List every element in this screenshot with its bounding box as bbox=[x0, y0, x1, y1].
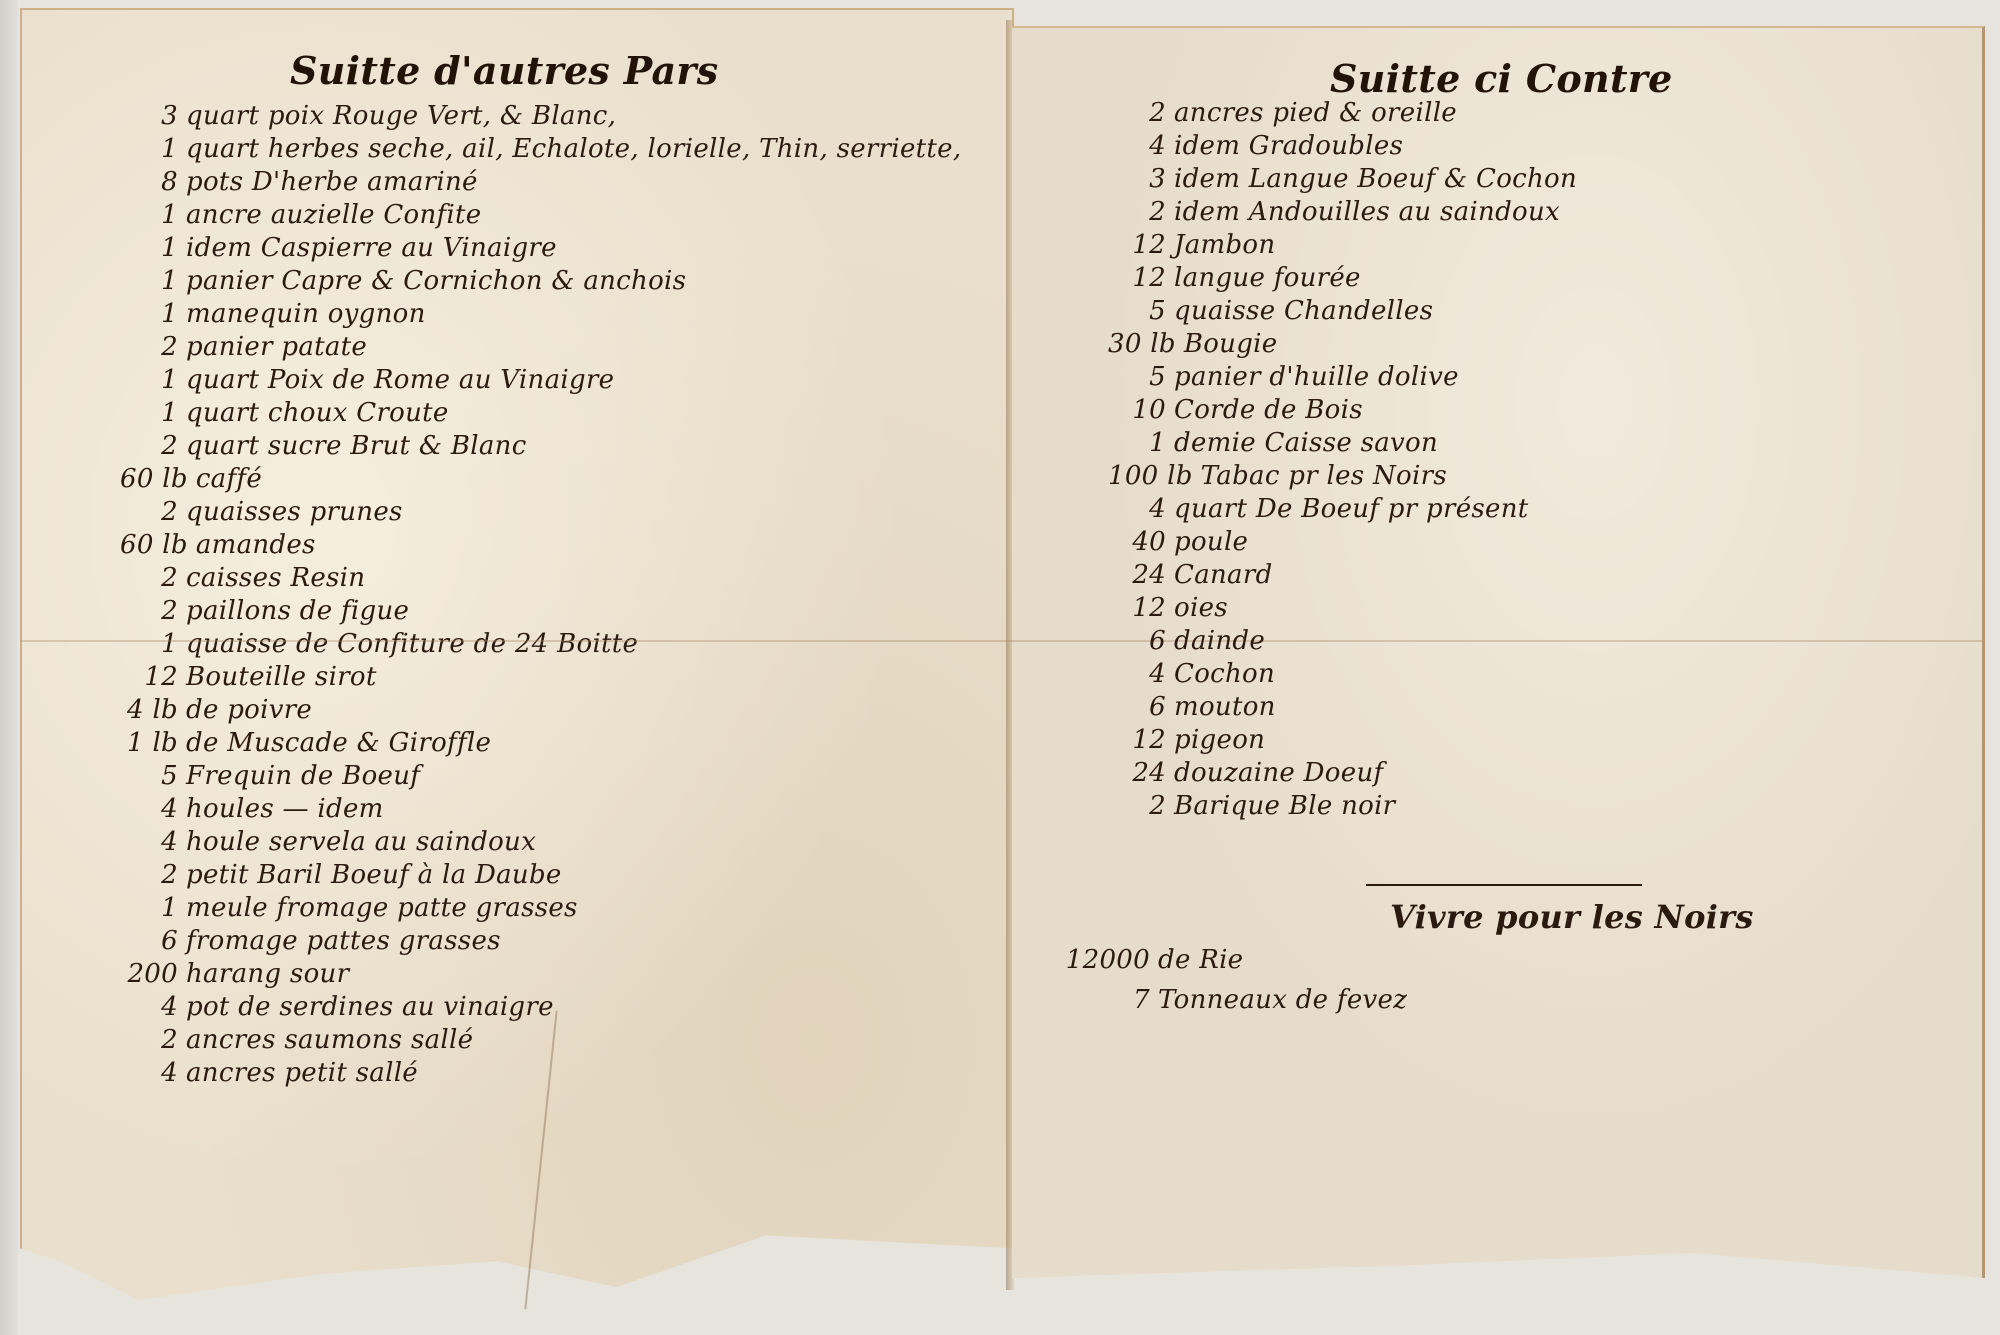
item-quantity: 100 lb bbox=[1108, 460, 1201, 493]
item-text: caisses Resin bbox=[186, 563, 365, 593]
right-page-title: Suitte ci Contre bbox=[1330, 56, 1673, 101]
item-quantity: 5 bbox=[1108, 295, 1174, 328]
item-quantity: 7 bbox=[1050, 980, 1158, 1020]
item-text: mouton bbox=[1174, 692, 1276, 722]
item-text: idem Gradoubles bbox=[1174, 131, 1403, 161]
item-quantity: 12000 bbox=[1050, 940, 1158, 980]
item-quantity: 4 bbox=[120, 1057, 186, 1090]
list-item: 1ancre auzielle Confite bbox=[120, 199, 961, 232]
list-item: 5Frequin de Boeuf bbox=[120, 760, 961, 793]
item-text: ancres pied & oreille bbox=[1174, 98, 1457, 128]
list-item: 1quart choux Croute bbox=[120, 397, 961, 430]
item-text: Barique Ble noir bbox=[1174, 791, 1395, 821]
item-text: de poivre bbox=[186, 695, 312, 725]
item-text: quart De Boeuf pr présent bbox=[1174, 494, 1529, 524]
list-item: 200harang sour bbox=[120, 958, 961, 991]
item-quantity: 3 bbox=[120, 100, 186, 133]
list-item: 1manequin oygnon bbox=[120, 298, 961, 331]
item-text: Bougie bbox=[1184, 329, 1278, 359]
list-item: 1panier Capre & Cornichon & anchois bbox=[120, 265, 961, 298]
item-quantity: 2 bbox=[1108, 790, 1174, 823]
item-quantity: 1 bbox=[120, 628, 186, 661]
item-quantity: 2 bbox=[120, 595, 186, 628]
item-quantity: 4 lb bbox=[120, 694, 186, 727]
item-text: idem Langue Boeuf & Cochon bbox=[1174, 164, 1577, 194]
section-item-list: 12000de Rie 7Tonneaux de fevez bbox=[1050, 940, 1407, 1020]
item-quantity: 2 bbox=[120, 331, 186, 364]
list-item: 40poule bbox=[1108, 526, 1577, 559]
list-item: 12Jambon bbox=[1108, 229, 1577, 262]
list-item: 12langue fourée bbox=[1108, 262, 1577, 295]
list-item: 1meule fromage patte grasses bbox=[120, 892, 961, 925]
list-item: 4ancres petit sallé bbox=[120, 1057, 961, 1090]
list-item: 2Barique Ble noir bbox=[1108, 790, 1577, 823]
item-quantity: 6 bbox=[1108, 625, 1174, 658]
item-text: paillons de figue bbox=[186, 596, 409, 626]
item-quantity: 12 bbox=[120, 661, 186, 694]
list-item: 12pigeon bbox=[1108, 724, 1577, 757]
list-item: 12oies bbox=[1108, 592, 1577, 625]
item-text: fromage pattes grasses bbox=[186, 926, 501, 956]
item-quantity: 4 bbox=[1108, 493, 1174, 526]
item-text: Tabac pr les Noirs bbox=[1201, 461, 1447, 491]
list-item: 2caisses Resin bbox=[120, 562, 961, 595]
item-text: Jambon bbox=[1174, 230, 1275, 260]
item-quantity: 1 bbox=[120, 364, 186, 397]
list-item: 2paillons de figue bbox=[120, 595, 961, 628]
list-item: 6fromage pattes grasses bbox=[120, 925, 961, 958]
list-item: 2petit Baril Boeuf à la Daube bbox=[120, 859, 961, 892]
list-item: 1quaisse de Confiture de 24 Boitte bbox=[120, 628, 961, 661]
item-quantity: 4 bbox=[1108, 130, 1174, 163]
list-item: 2panier patate bbox=[120, 331, 961, 364]
item-text: idem Andouilles au saindoux bbox=[1174, 197, 1560, 227]
item-text: oies bbox=[1174, 593, 1228, 623]
list-item: 7Tonneaux de fevez bbox=[1050, 980, 1407, 1020]
item-quantity: 2 bbox=[120, 859, 186, 892]
item-text: idem Caspierre au Vinaigre bbox=[186, 233, 557, 263]
item-text: pigeon bbox=[1174, 725, 1265, 755]
item-quantity: 2 bbox=[120, 430, 186, 463]
item-text: demie Caisse savon bbox=[1174, 428, 1438, 458]
list-item: 24douzaine Doeuf bbox=[1108, 757, 1577, 790]
item-quantity: 200 bbox=[120, 958, 186, 991]
item-quantity: 1 bbox=[120, 199, 186, 232]
left-page-title: Suitte d'autres Pars bbox=[290, 48, 718, 93]
item-text: pots D'herbe amariné bbox=[186, 167, 478, 197]
item-quantity: 1 bbox=[120, 265, 186, 298]
horizontal-fold bbox=[20, 640, 1982, 642]
list-item: 2ancres saumons sallé bbox=[120, 1024, 961, 1057]
section-heading: Vivre pour les Noirs bbox=[1390, 898, 1754, 936]
item-quantity: 4 bbox=[120, 793, 186, 826]
list-item: 4 lbde poivre bbox=[120, 694, 961, 727]
item-text: panier patate bbox=[186, 332, 367, 362]
list-item: 4Cochon bbox=[1108, 658, 1577, 691]
item-quantity: 1 bbox=[120, 892, 186, 925]
item-quantity: 6 bbox=[1108, 691, 1174, 724]
list-item: 1demie Caisse savon bbox=[1108, 427, 1577, 460]
item-quantity: 5 bbox=[1108, 361, 1174, 394]
left-page-item-list: 3quart poix Rouge Vert, & Blanc, 1quart … bbox=[120, 100, 961, 1090]
item-text: Bouteille sirot bbox=[186, 662, 377, 692]
item-quantity: 12 bbox=[1108, 229, 1174, 262]
list-item: 4pot de serdines au vinaigre bbox=[120, 991, 961, 1024]
item-text: Canard bbox=[1174, 560, 1273, 590]
item-quantity: 12 bbox=[1108, 724, 1174, 757]
list-item: 4houle servela au saindoux bbox=[120, 826, 961, 859]
item-quantity: 2 bbox=[120, 1024, 186, 1057]
item-text: Cochon bbox=[1174, 659, 1275, 689]
item-quantity: 1 bbox=[120, 232, 186, 265]
item-text: quart choux Croute bbox=[186, 398, 449, 428]
item-quantity: 60 lb bbox=[120, 529, 196, 562]
item-text: amandes bbox=[196, 530, 316, 560]
list-item: 3idem Langue Boeuf & Cochon bbox=[1108, 163, 1577, 196]
item-quantity: 24 bbox=[1108, 559, 1174, 592]
item-text: quaisse de Confiture de 24 Boitte bbox=[186, 629, 638, 659]
item-quantity: 2 bbox=[120, 562, 186, 595]
item-quantity: 4 bbox=[1108, 658, 1174, 691]
list-item: 3quart poix Rouge Vert, & Blanc, bbox=[120, 100, 961, 133]
right-page-item-list: 2ancres pied & oreille 4idem Gradoubles … bbox=[1108, 97, 1577, 823]
item-text: panier d'huille dolive bbox=[1174, 362, 1459, 392]
item-quantity: 8 bbox=[120, 166, 186, 199]
list-item: 24Canard bbox=[1108, 559, 1577, 592]
item-quantity: 24 bbox=[1108, 757, 1174, 790]
item-text: quart sucre Brut & Blanc bbox=[186, 431, 527, 461]
list-item: 4quart De Boeuf pr présent bbox=[1108, 493, 1577, 526]
item-text: quaisse Chandelles bbox=[1174, 296, 1433, 326]
item-quantity: 1 bbox=[120, 397, 186, 430]
item-text: quart poix Rouge Vert, & Blanc, bbox=[186, 101, 616, 131]
item-text: manequin oygnon bbox=[186, 299, 426, 329]
list-item: 2quart sucre Brut & Blanc bbox=[120, 430, 961, 463]
backdrop bbox=[0, 0, 18, 1335]
item-quantity: 60 lb bbox=[120, 463, 196, 496]
item-text: quaisses prunes bbox=[186, 497, 403, 527]
list-item: 6dainde bbox=[1108, 625, 1577, 658]
item-text: ancres saumons sallé bbox=[186, 1025, 473, 1055]
list-item: 1quart Poix de Rome au Vinaigre bbox=[120, 364, 961, 397]
list-item: 60 lbcaffé bbox=[120, 463, 961, 496]
list-item: 12Bouteille sirot bbox=[120, 661, 961, 694]
item-text: ancres petit sallé bbox=[186, 1058, 418, 1088]
list-item: 1 lbde Muscade & Giroffle bbox=[120, 727, 961, 760]
item-text: quart herbes seche, ail, Echalote, lorie… bbox=[186, 134, 961, 164]
item-text: houle servela au saindoux bbox=[186, 827, 536, 857]
item-quantity: 1 lb bbox=[120, 727, 186, 760]
item-quantity: 4 bbox=[120, 991, 186, 1024]
item-text: de Muscade & Giroffle bbox=[186, 728, 491, 758]
item-text: Corde de Bois bbox=[1174, 395, 1363, 425]
item-text: Tonneaux de fevez bbox=[1158, 985, 1407, 1015]
item-text: ancre auzielle Confite bbox=[186, 200, 481, 230]
item-text: meule fromage patte grasses bbox=[186, 893, 578, 923]
item-quantity: 2 bbox=[120, 496, 186, 529]
list-item: 2ancres pied & oreille bbox=[1108, 97, 1577, 130]
item-quantity: 2 bbox=[1108, 97, 1174, 130]
item-quantity: 12 bbox=[1108, 592, 1174, 625]
item-quantity: 6 bbox=[120, 925, 186, 958]
item-quantity: 12 bbox=[1108, 262, 1174, 295]
item-quantity: 1 bbox=[120, 133, 186, 166]
item-text: quart Poix de Rome au Vinaigre bbox=[186, 365, 614, 395]
item-text: douzaine Doeuf bbox=[1174, 758, 1383, 788]
item-quantity: 30 lb bbox=[1108, 328, 1184, 361]
list-item: 100 lbTabac pr les Noirs bbox=[1108, 460, 1577, 493]
list-item: 5quaisse Chandelles bbox=[1108, 295, 1577, 328]
item-text: poule bbox=[1174, 527, 1248, 557]
item-text: caffé bbox=[196, 464, 262, 494]
item-quantity: 3 bbox=[1108, 163, 1174, 196]
item-text: langue fourée bbox=[1174, 263, 1361, 293]
item-text: Frequin de Boeuf bbox=[186, 761, 420, 791]
item-text: petit Baril Boeuf à la Daube bbox=[186, 860, 562, 890]
list-item: 4idem Gradoubles bbox=[1108, 130, 1577, 163]
list-item: 2quaisses prunes bbox=[120, 496, 961, 529]
item-quantity: 1 bbox=[120, 298, 186, 331]
list-item: 1quart herbes seche, ail, Echalote, lori… bbox=[120, 133, 961, 166]
list-item: 10Corde de Bois bbox=[1108, 394, 1577, 427]
section-divider-rule bbox=[1366, 884, 1642, 886]
list-item: 60 lbamandes bbox=[120, 529, 961, 562]
list-item: 30 lbBougie bbox=[1108, 328, 1577, 361]
item-text: houles — idem bbox=[186, 794, 384, 824]
item-quantity: 40 bbox=[1108, 526, 1174, 559]
item-text: de Rie bbox=[1158, 945, 1243, 975]
item-quantity: 1 bbox=[1108, 427, 1174, 460]
item-text: dainde bbox=[1174, 626, 1265, 656]
list-item: 4houles — idem bbox=[120, 793, 961, 826]
list-item: 2idem Andouilles au saindoux bbox=[1108, 196, 1577, 229]
item-text: pot de serdines au vinaigre bbox=[186, 992, 554, 1022]
item-quantity: 10 bbox=[1108, 394, 1174, 427]
item-quantity: 4 bbox=[120, 826, 186, 859]
list-item: 1idem Caspierre au Vinaigre bbox=[120, 232, 961, 265]
list-item: 6mouton bbox=[1108, 691, 1577, 724]
item-quantity: 2 bbox=[1108, 196, 1174, 229]
item-text: harang sour bbox=[186, 959, 349, 989]
list-item: 5panier d'huille dolive bbox=[1108, 361, 1577, 394]
list-item: 12000de Rie bbox=[1050, 940, 1407, 980]
item-text: panier Capre & Cornichon & anchois bbox=[186, 266, 686, 296]
item-quantity: 5 bbox=[120, 760, 186, 793]
list-item: 8pots D'herbe amariné bbox=[120, 166, 961, 199]
